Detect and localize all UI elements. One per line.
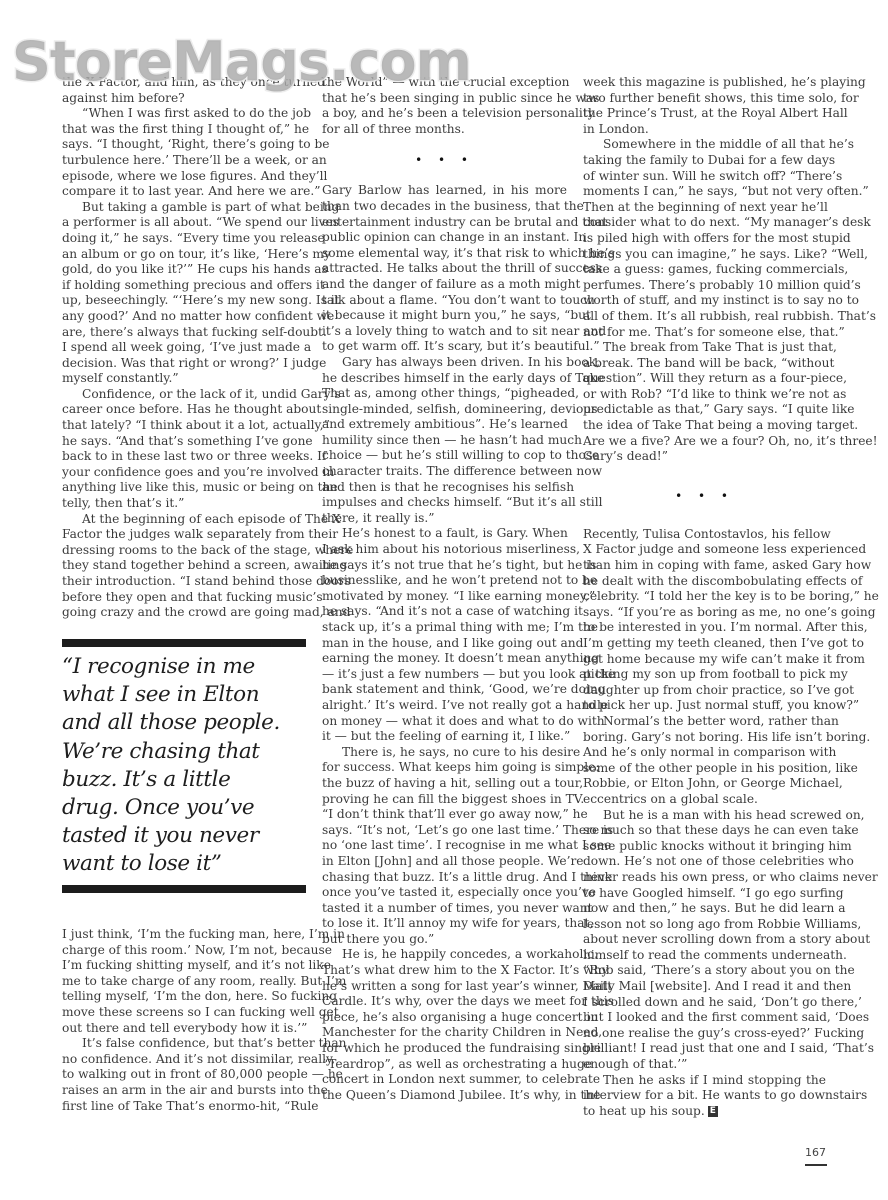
text-line: X Factor judge and someone less experien…	[583, 542, 826, 558]
text-line: Daily Mail [website]. And I read it and …	[583, 979, 826, 995]
pull-quote-line: We’re chasing that	[62, 738, 306, 766]
pull-quote-line: tasted it you never	[62, 822, 306, 850]
text-line: are, there’s always that fucking self-do…	[62, 325, 306, 341]
text-line: down. He’s not one of those celebrities …	[583, 854, 826, 870]
text-line: But he is a man with his head screwed on…	[583, 808, 826, 824]
text-line: character traits. The difference between…	[322, 464, 567, 480]
article-column-1-continued: I just think, ‘I’m the fucking man, here…	[62, 927, 306, 1114]
text-line: in London.	[583, 122, 826, 138]
text-line: dressing rooms to the back of the stage,…	[62, 543, 306, 559]
text-line: their introduction. “I stand behind thos…	[62, 574, 306, 590]
text-line: daughter up from choir practice, so I’ve…	[583, 683, 826, 699]
pull-quote: “I recognise in mewhat I see in Eltonand…	[62, 639, 306, 893]
text-line: an album or go on tour, it’s like, ‘Here…	[62, 247, 306, 263]
text-line: your confidence goes and you’re involved…	[62, 465, 306, 481]
text-line: of winter sun. Will he switch off? “Ther…	[583, 169, 826, 185]
text-line: any good?’ And no matter how confident w…	[62, 309, 306, 325]
text-line: to pick her up. Just normal stuff, you k…	[583, 698, 826, 714]
text-line: Are we a five? Are we a four? Oh, no, it…	[583, 434, 826, 450]
text-line: turbulence here.’ There’ll be a week, or…	[62, 153, 306, 169]
text-line: now and then,” he says. But he did learn…	[583, 901, 826, 917]
text-line: “When I was first asked to do the job	[62, 106, 306, 122]
text-line: is piled high with offers for the most s…	[583, 231, 826, 247]
text-line: move these screens so I can fucking well…	[62, 1005, 306, 1021]
text-line: single-minded, selfish, domineering, dev…	[322, 402, 567, 418]
text-line: entertainment industry can be brutal and…	[322, 215, 567, 231]
text-line: to have Googled himself. “I go ego surfi…	[583, 886, 826, 902]
text-line: impulses and checks himself. “But it’s a…	[322, 495, 567, 511]
text-line: and the danger of failure as a moth migh…	[322, 277, 567, 293]
text-line: not for me. That’s for someone else, tha…	[583, 325, 826, 341]
text-line: Manchester for the charity Children in N…	[322, 1025, 567, 1041]
text-line: no one realise the guy’s cross-eyed?’ Fu…	[583, 1026, 826, 1042]
text-line: I’m fucking shitting myself, and it’s no…	[62, 958, 306, 974]
text-line: the X Factor, and him, as they once turn…	[62, 75, 306, 91]
text-line: The break from Take That is just that,	[583, 340, 826, 356]
text-line: enough of that.’”	[583, 1057, 826, 1073]
text-line: it because it might burn you,” he says, …	[322, 308, 567, 324]
text-line: me to take charge of any room, really. B…	[62, 974, 306, 990]
text-line: That’s what drew him to the X Factor. It…	[322, 963, 567, 979]
text-line: never reads his own press, or who claims…	[583, 870, 826, 886]
text-line: for success. What keeps him going is sim…	[322, 760, 567, 776]
text-line: question”. Will they return as a four-pi…	[583, 371, 826, 387]
text-line: perfumes. There’s probably 10 million qu…	[583, 278, 826, 294]
text-line: he dealt with the discombobulating effec…	[583, 574, 826, 590]
text-line: That as, among other things, “pigheaded,	[322, 386, 567, 402]
text-line: telly, then that’s it.”	[62, 496, 306, 512]
text-line: week this magazine is published, he’s pl…	[583, 75, 826, 91]
text-line: man in the house, and I like going out a…	[322, 636, 567, 652]
text-line: eccentrics on a global scale.	[583, 792, 826, 808]
text-line: Gary Barlow has learned, in his more	[322, 183, 567, 199]
text-line: “Rob said, ‘There’s a story about you on…	[583, 963, 826, 979]
text-line: than two decades in the business, that t…	[322, 199, 567, 215]
page-number-underline	[805, 1164, 827, 1166]
pull-quote-line: and all those people.	[62, 709, 306, 737]
text-line: He is, he happily concedes, a workaholic…	[322, 947, 567, 963]
text-line: back to in these last two or three weeks…	[62, 449, 306, 465]
text-line: gold, do you like it?’” He cups his hand…	[62, 262, 306, 278]
text-line: Then at the beginning of next year he’ll	[583, 200, 826, 216]
text-line: himself to read the comments underneath.	[583, 948, 826, 964]
text-line: and extremely ambitious”. He’s learned	[322, 417, 567, 433]
text-line: says. “It’s not, ‘Let’s go one last time…	[322, 823, 567, 839]
text-line: says. “I thought, ‘Right, there’s going …	[62, 137, 306, 153]
text-line: public opinion can change in an instant.…	[322, 230, 567, 246]
text-line: I scrolled down and he said, ‘Don’t go t…	[583, 995, 826, 1011]
text-line: anything live like this, music or being …	[62, 480, 306, 496]
text-line: some of the other people in his position…	[583, 761, 826, 777]
text-line: episode, where we lose figures. And they…	[62, 169, 306, 185]
text-line: two further benefit shows, this time sol…	[583, 91, 826, 107]
text-line: Then he asks if I mind stopping the	[583, 1073, 826, 1089]
text-line: picking my son up from football to pick …	[583, 667, 826, 683]
text-line: alright.’ It’s weird. I’ve not really go…	[322, 698, 567, 714]
text-line: they stand together behind a screen, awa…	[62, 558, 306, 574]
text-line: a boy, and he’s been a television person…	[322, 106, 567, 122]
text-line: There is, he says, no cure to his desire	[322, 745, 567, 761]
text-line: before they open and that fucking music’…	[62, 590, 306, 606]
text-line: he says it’s not true that he’s tight, b…	[322, 558, 567, 574]
text-line: it’s a lovely thing to watch and to sit …	[322, 324, 567, 340]
text-line: brilliant! I read just that one and I sa…	[583, 1041, 826, 1057]
text-line: it — but the feeling of earning it, I li…	[322, 729, 567, 745]
pull-quote-top-rule	[62, 639, 306, 647]
text-line: that lately? “I think about it a lot, ac…	[62, 418, 306, 434]
text-line: motivated by money. “I like earning mone…	[322, 589, 567, 605]
text-line: for which he produced the fundraising si…	[322, 1041, 567, 1057]
text-line: against him before?	[62, 91, 306, 107]
text-line: celebrity. “I told her the key is to be …	[583, 589, 826, 605]
text-line: the buzz of having a hit, selling out a …	[322, 776, 567, 792]
text-line: predictable as that,” Gary says. “I quit…	[583, 402, 826, 418]
pull-quote-text: “I recognise in mewhat I see in Eltonand…	[62, 647, 306, 885]
end-mark-icon: E	[708, 1106, 718, 1117]
pull-quote-line: what I see in Elton	[62, 681, 306, 709]
text-line: Somewhere in the middle of all that he’s	[583, 137, 826, 153]
text-line: moments I can,” he says, “but not very o…	[583, 184, 826, 200]
text-line: telling myself, ‘I’m the don, here. So f…	[62, 989, 306, 1005]
text-line: to lose it. It’ll annoy my wife for year…	[322, 916, 567, 932]
text-line: At the beginning of each episode of The …	[62, 512, 306, 528]
text-line: some public knocks without it bringing h…	[583, 839, 826, 855]
text-line: that was the first thing I thought of,” …	[62, 122, 306, 138]
text-line: stack up, it’s a primal thing with me; I…	[322, 620, 567, 636]
text-line: concert in London next summer, to celebr…	[322, 1072, 567, 1088]
text-line: Recently, Tulisa Contostavlos, his fello…	[583, 527, 826, 543]
text-line: And he’s only normal in comparison with	[583, 745, 826, 761]
text-line: He’s honest to a fault, is Gary. When	[322, 526, 567, 542]
text-line: get home because my wife can’t make it f…	[583, 652, 826, 668]
text-line: a performer is all about. “We spend our …	[62, 215, 306, 231]
text-line: in Elton [John] and all those people. We…	[322, 854, 567, 870]
text-line: he’s written a song for last year’s winn…	[322, 979, 567, 995]
text-line: says. “If you’re as boring as me, no one…	[583, 605, 826, 621]
text-line: chasing that buzz. It’s a little drug. A…	[322, 870, 567, 886]
text-line: It’s false confidence, but that’s better…	[62, 1036, 306, 1052]
text-line: consider what to do next. “My manager’s …	[583, 215, 826, 231]
pull-quote-line: want to lose it”	[62, 850, 306, 878]
text-line: taking the family to Dubai for a few day…	[583, 153, 826, 169]
text-line: Normal’s the better word, rather than	[583, 714, 826, 730]
text-line: decision. Was that right or wrong?’ I ju…	[62, 356, 306, 372]
text-line: I’m getting my teeth cleaned, then I’ve …	[583, 636, 826, 652]
text-line: or with Rob? “I’d like to think we’re no…	[583, 387, 826, 403]
text-line: for all of three months.	[322, 122, 567, 138]
article-column-3: week this magazine is published, he’s pl…	[583, 75, 826, 1119]
pull-quote-line: drug. Once you’ve	[62, 794, 306, 822]
text-line: once you’ve tasted it, especially once y…	[322, 885, 567, 901]
text-line: he says. “And that’s something I’ve gone	[62, 434, 306, 450]
text-line: the Queen’s Diamond Jubilee. It’s why, i…	[322, 1088, 567, 1104]
text-line: humility since then — he hasn’t had much	[322, 433, 567, 449]
text-line: talk about a flame. “You don’t want to t…	[322, 293, 567, 309]
section-separator: • • •	[322, 137, 567, 183]
text-line: tasted it a number of times, you never w…	[322, 901, 567, 917]
text-line: career once before. Has he thought about	[62, 402, 306, 418]
text-line: But taking a gamble is part of what bein…	[62, 200, 306, 216]
text-line: if holding something precious and offers…	[62, 278, 306, 294]
text-line: a break. The band will be back, “without	[583, 356, 826, 372]
text-line: so much so that these days he can even t…	[583, 823, 826, 839]
text-line: take a guess: games, fucking commercials…	[583, 262, 826, 278]
text-line: boring. Gary’s not boring. His life isn’…	[583, 730, 826, 746]
text-line: up, beseechingly. “‘Here’s my new song. …	[62, 293, 306, 309]
text-line: “I don’t think that’ll ever go away now,…	[322, 807, 567, 823]
text-line: the World” — with the crucial exception	[322, 75, 567, 91]
text-line: to be interested in you. I’m normal. Aft…	[583, 620, 826, 636]
text-line: things you can imagine,” he says. Like? …	[583, 247, 826, 263]
text-line: going crazy and the crowd are going mad,…	[62, 605, 306, 621]
article-column-1: the X Factor, and him, as they once turn…	[62, 75, 306, 621]
text-line: no confidence. And it’s not dissimilar, …	[62, 1052, 306, 1068]
text-line: — it’s just a few numbers — but you look…	[322, 667, 567, 683]
text-line: and then is that he recognises his selfi…	[322, 480, 567, 496]
text-line: choice — but he’s still willing to cop t…	[322, 448, 567, 464]
text-line: about never scrolling down from a story …	[583, 932, 826, 948]
page-number: 167	[805, 1146, 826, 1159]
text-line: I spend all week going, ‘I’ve just made …	[62, 340, 306, 356]
text-line: the idea of Take That being a moving tar…	[583, 418, 826, 434]
text-line: to get warm off. It’s scary, but it’s be…	[322, 339, 567, 355]
text-line: worth of stuff, and my instinct is to sa…	[583, 293, 826, 309]
text-line: on money — what it does and what to do w…	[322, 714, 567, 730]
section-separator: • • •	[583, 465, 826, 527]
pull-quote-bottom-rule	[62, 885, 306, 893]
pull-quote-line: “I recognise in me	[62, 653, 306, 681]
text-line: no ‘one last time’. I recognise in me wh…	[322, 838, 567, 854]
text-line: raises an arm in the air and bursts into…	[62, 1083, 306, 1099]
text-line: out there and tell everybody how it is.’…	[62, 1021, 306, 1037]
pull-quote-line: buzz. It’s a little	[62, 766, 306, 794]
text-line: that he’s been singing in public since h…	[322, 91, 567, 107]
text-line: but there you go.”	[322, 932, 567, 948]
text-line: to walking out in front of 80,000 people…	[62, 1067, 306, 1083]
text-line: he says. “And it’s not a case of watchin…	[322, 604, 567, 620]
text-line: interview for a bit. He wants to go down…	[583, 1088, 826, 1104]
text-line: businesslike, and he won’t pretend not t…	[322, 573, 567, 589]
text-line: to heat up his soup.E	[583, 1104, 826, 1120]
text-line: bank statement and think, ‘Good, we’re d…	[322, 682, 567, 698]
text-line: lesson not so long ago from Robbie Willi…	[583, 917, 826, 933]
text-line: the Prince’s Trust, at the Royal Albert …	[583, 106, 826, 122]
text-line: than him in coping with fame, asked Gary…	[583, 558, 826, 574]
text-line: compare it to last year. And here we are…	[62, 184, 306, 200]
text-line: I just think, ‘I’m the fucking man, here…	[62, 927, 306, 943]
text-line: earning the money. It doesn’t mean anyth…	[322, 651, 567, 667]
text-line: first line of Take That’s enormo-hit, “R…	[62, 1099, 306, 1115]
text-line: attracted. He talks about the thrill of …	[322, 261, 567, 277]
text-line: Gary has always been driven. In his book…	[322, 355, 567, 371]
text-line: Factor the judges walk separately from t…	[62, 527, 306, 543]
text-line: Gary’s dead!”	[583, 449, 826, 465]
text-line: Robbie, or Elton John, or George Michael…	[583, 776, 826, 792]
article-column-2: the World” — with the crucial exceptiont…	[322, 75, 567, 1103]
text-line: Cardle. It’s why, over the days we meet …	[322, 994, 567, 1010]
text-line: all of them. It’s all rubbish, real rubb…	[583, 309, 826, 325]
text-line: charge of this room.’ Now, I’m not, beca…	[62, 943, 306, 959]
text-line: some elemental way, it’s that risk to wh…	[322, 246, 567, 262]
text-line: myself constantly.”	[62, 371, 306, 387]
text-line: doing it,” he says. “Every time you rele…	[62, 231, 306, 247]
text-line: but I looked and the first comment said,…	[583, 1010, 826, 1026]
text-line: proving he can fill the biggest shoes in…	[322, 792, 567, 808]
text-line: piece, he’s also organising a huge conce…	[322, 1010, 567, 1026]
text-line: there, it really is.”	[322, 511, 567, 527]
text-line: he describes himself in the early days o…	[322, 371, 567, 387]
text-line: Confidence, or the lack of it, undid Gar…	[62, 387, 306, 403]
text-line: “Teardrop”, as well as orchestrating a h…	[322, 1057, 567, 1073]
text-line: I ask him about his notorious miserlines…	[322, 542, 567, 558]
